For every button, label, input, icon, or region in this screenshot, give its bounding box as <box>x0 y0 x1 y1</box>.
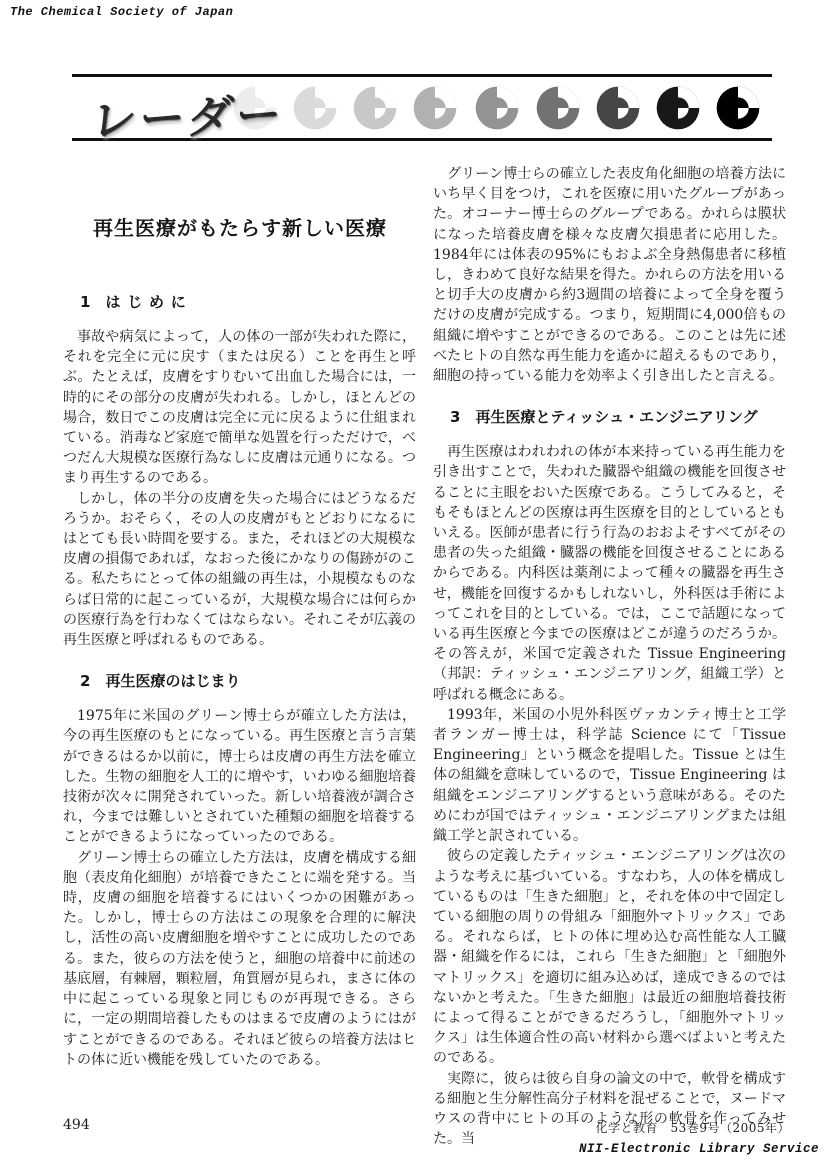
section-heading-text: 再生医療のはじまり <box>105 672 240 690</box>
radar-target-icon <box>473 84 521 132</box>
section-heading-text: はじめに <box>105 293 192 311</box>
section-heading-3: 3再生医療とティッシュ・エンジニアリング <box>450 406 786 427</box>
radar-target-icon <box>291 84 339 132</box>
radar-target-icon <box>594 84 642 132</box>
section-heading-2: 2再生医療のはじまり <box>80 670 416 691</box>
article-title: 再生医療がもたらす新しい医療 <box>93 212 416 241</box>
page-number: 494 <box>63 1117 90 1133</box>
radar-target-icon <box>654 84 702 132</box>
section-number: 3 <box>450 408 460 426</box>
radar-banner: レーダー <box>72 74 772 141</box>
right-column: グリーン博士らの確立した表皮角化細胞の培養方法にいち早く目をつけ，これを医療に用… <box>433 164 786 1149</box>
paragraph: しかし，体の半分の皮膚を失った場合にはどうなるだろうか。おそらく，その人の皮膚が… <box>63 489 416 651</box>
publisher-header: The Chemical Society of Japan <box>10 5 233 19</box>
left-column: 再生医療がもたらす新しい医療 1はじめに 事故や病気によって，人の体の一部が失わ… <box>63 212 416 1070</box>
radar-target-icon <box>231 84 279 132</box>
radar-target-icon <box>534 84 582 132</box>
radar-target-icon <box>351 84 399 132</box>
radar-target-icon <box>411 84 459 132</box>
paragraph: 事故や病気によって，人の体の一部が失われた際に，それを完全に元に戻す（または戻る… <box>63 327 416 489</box>
paragraph: グリーン博士らの確立した表皮角化細胞の培養方法にいち早く目をつけ，これを医療に用… <box>433 164 786 386</box>
radar-target-icon <box>714 84 762 132</box>
section-number: 1 <box>80 293 90 311</box>
library-service-credit: NII-Electronic Library Service <box>579 1142 819 1156</box>
paragraph: グリーン博士らの確立した方法は，皮膚を構成する細胞（表皮角化細胞）が培養できたこ… <box>63 848 416 1070</box>
section-heading-text: 再生医療とティッシュ・エンジニアリング <box>475 408 757 426</box>
journal-citation: 化学と教育 53巻9号（2005年） <box>596 1119 790 1136</box>
paragraph: 1993年，米国の小児外科医ヴァカンティ博士と工学者ランガー博士は，科学誌 Sc… <box>433 705 786 846</box>
paragraph: 彼らの定義したティッシュ・エンジニアリングは次のような考えに基づいている。すなわ… <box>433 846 786 1068</box>
paragraph: 実際に，彼らは彼ら自身の論文の中で，軟骨を構成する細胞と生分解性高分子材料を混ぜ… <box>433 1069 786 1150</box>
section-number: 2 <box>80 672 90 690</box>
paragraph: 再生医療はわれわれの体が本来持っている再生能力を引き出すことで，失われた臓器や組… <box>433 442 786 705</box>
paragraph: 1975年に米国のグリーン博士らが確立した方法は，今の再生医療のもとになっている… <box>63 706 416 847</box>
section-heading-1: 1はじめに <box>80 291 416 312</box>
